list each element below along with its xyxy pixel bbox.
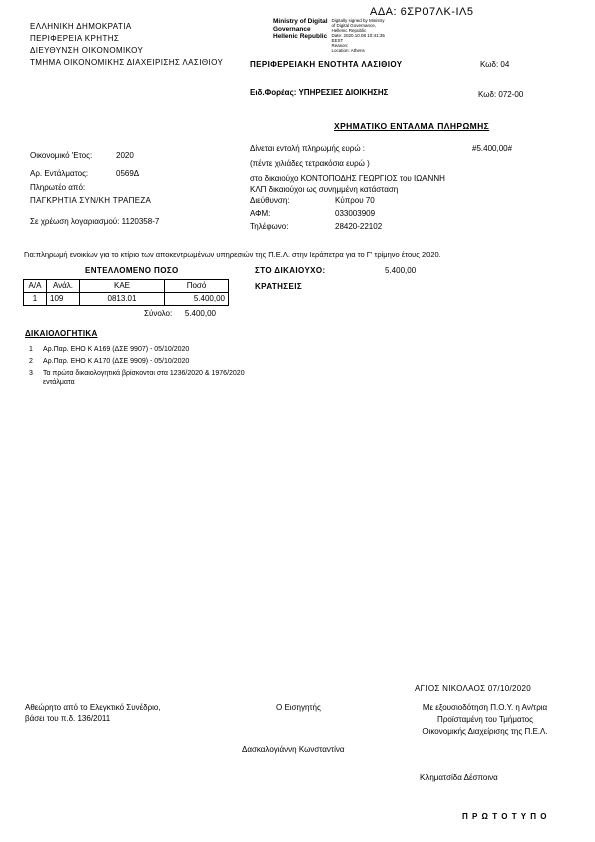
org-line-department: ΤΜΗΜΑ ΟΙΚΟΝΟΜΙΚΗΣ ΔΙΑΧΕΙΡΙΣΗΣ ΛΑΣΙΘΙΟΥ <box>30 57 223 69</box>
warrant-number-label: Αρ. Εντάλματος: <box>30 168 88 179</box>
ordered-amount-heading: ΕΝΤΕΛΛΟΜΕΝΟ ΠΟΣΟ <box>85 265 179 276</box>
digital-signature-stamp: Ministry of Digital Governance Hellenic … <box>273 18 385 53</box>
document-item: 3 Τα πρώτα δικαιολογητικά βρίσκονται στα… <box>29 369 263 387</box>
issuing-authority-block: ΕΛΛΗΝΙΚΗ ΔΗΜΟΚΡΑΤΙΑ ΠΕΡΙΦΕΡΕΙΑ ΚΡΗΤΗΣ ΔΙ… <box>30 21 223 69</box>
document-item-number: 1 <box>29 345 43 354</box>
payment-purpose: Για:πληρωμή ενοικίων για το κτίριο των α… <box>24 250 584 260</box>
kae-table: Α/Α Ανάλ. ΚΑΕ Ποσό 1 109 0813.01 5.400,0… <box>23 279 229 306</box>
document-item-text: Αρ.Παρ. ΕΗΟ Κ Α169 (ΔΣΕ 9907) - 05/10/20… <box>43 345 263 354</box>
authorization-line: Προϊσταμένη του Τμήματος <box>392 714 578 726</box>
document-item-text: Αρ.Παρ. ΕΗΟ Κ Α170 (ΔΣΕ 9909) - 05/10/20… <box>43 357 263 366</box>
stamp-ministry-line: Hellenic Republic <box>273 33 328 41</box>
authorization-line: Με εξουσιοδότηση Π.Ο.Υ. η Αν/τρια <box>392 702 578 714</box>
document-item: 1 Αρ.Παρ. ΕΗΟ Κ Α169 (ΔΣΕ 9907) - 05/10/… <box>29 345 263 354</box>
kae-table-container: Α/Α Ανάλ. ΚΑΕ Ποσό 1 109 0813.01 5.400,0… <box>23 279 229 306</box>
to-beneficiary-amount: 5.400,00 <box>385 265 416 276</box>
beneficiary-extra-line: ΚΛΠ δικαιούχοι ως συνημμένη κατάσταση <box>250 184 398 195</box>
stamp-signature-details: Digitally signed by Ministry of Digital … <box>332 18 385 53</box>
fiscal-year-value: 2020 <box>116 150 134 161</box>
kae-header-anal: Ανάλ. <box>47 280 80 293</box>
amount-in-words: (πέντε χιλιάδες τετρακόσια ευρώ ) <box>250 158 370 169</box>
documents-list: 1 Αρ.Παρ. ΕΗΟ Κ Α169 (ΔΣΕ 9907) - 05/10/… <box>29 345 263 387</box>
stamp-ministry-block: Ministry of Digital Governance Hellenic … <box>273 18 328 53</box>
amount-label: Δίνεται εντολή πληρωμής ευρώ : <box>250 143 365 154</box>
deductions-heading: ΚΡΑΤΗΣΕΙΣ <box>255 281 302 292</box>
agency-label: Ειδ.Φορέας: ΥΠΗΡΕΣΙΕΣ ΔΙΟΙΚΗΣΗΣ <box>250 87 388 98</box>
regional-unit-label: ΠΕΡΙΦΕΡΕΙΑΚΗ ΕΝΟΤΗΤΑ ΛΑΣΙΘΙΟΥ <box>250 59 403 70</box>
kae-cell-poso: 5.400,00 <box>165 293 229 306</box>
warrant-number-value: 0569Δ <box>116 168 139 179</box>
org-line-directorate: ΔΙΕΥΘΥΝΣΗ ΟΙΚΟΝΟΜΙΚΟΥ <box>30 45 223 57</box>
kae-table-header-row: Α/Α Ανάλ. ΚΑΕ Ποσό <box>24 280 229 293</box>
account-label: Σε χρέωση λογαριασμού: <box>30 217 119 226</box>
document-item-number: 3 <box>29 369 43 387</box>
org-line-republic: ΕΛΛΗΝΙΚΗ ΔΗΜΟΚΡΑΤΙΑ <box>30 21 223 33</box>
documents-heading: ΔΙΚΑΙΟΛΟΓΗΤΙΚΑ <box>25 329 98 338</box>
stamp-sig-line: Location: Athens <box>332 48 385 53</box>
kae-cell-anal: 109 <box>47 293 80 306</box>
phone-value: 28420-22102 <box>335 221 382 232</box>
total-label: Σύνολο: <box>144 308 172 319</box>
kae-cell-kae: 0813.01 <box>80 293 165 306</box>
document-title: ΧΡΗΜΑΤΙΚΟ ΕΝΤΑΛΜΑ ΠΛΗΡΩΜΗΣ <box>334 121 489 131</box>
agency-label-value: ΥΠΗΡΕΣΙΕΣ ΔΙΟΙΚΗΣΗΣ <box>298 88 388 97</box>
unaudited-note-line1: Αθεώρητο από το Ελεγκτικό Συνέδριο, <box>25 702 161 713</box>
stamp-ministry-line: Ministry of Digital <box>273 18 328 26</box>
bank-name: ΠΑΓΚΡΗΤΙΑ ΣΥΝ/ΚΗ ΤΡΑΠΕΖΑ <box>30 195 151 206</box>
afm-value: 033003909 <box>335 208 375 219</box>
original-stamp-label: Π Ρ Ω Τ Ο Τ Υ Π Ο <box>462 811 548 822</box>
document-item: 2 Αρ.Παρ. ΕΗΟ Κ Α170 (ΔΣΕ 9909) - 05/10/… <box>29 357 263 366</box>
kae-table-row: 1 109 0813.01 5.400,00 <box>24 293 229 306</box>
agency-label-key: Ειδ.Φορέας: <box>250 88 296 97</box>
rapporteur-name: Δασκαλογιάννη Κωνσταντίνα <box>242 744 345 755</box>
ada-number: ΑΔΑ: 6ΣΡ07ΛΚ-ΙΛ5 <box>370 6 474 18</box>
authorization-line: Οικονομικής Διαχείρισης της Π.Ε.Λ. <box>392 726 578 738</box>
stamp-ministry-line: Governance <box>273 26 328 34</box>
regional-unit-code: Κωδ: 04 <box>480 59 509 70</box>
authorization-block: Με εξουσιοδότηση Π.Ο.Υ. η Αν/τρια Προϊστ… <box>392 702 578 738</box>
place-and-date: ΑΓΙΟΣ ΝΙΚΟΛΑΟΣ 07/10/2020 <box>415 683 531 694</box>
kae-header-aa: Α/Α <box>24 280 47 293</box>
unaudited-note-line2: βάσει του π.δ. 136/2011 <box>25 713 110 724</box>
kae-header-poso: Ποσό <box>165 280 229 293</box>
document-item-text: Τα πρώτα δικαιολογητικά βρίσκονται στα 1… <box>43 369 253 387</box>
agency-code: Κωδ: 072-00 <box>478 89 523 100</box>
to-beneficiary-label: ΣΤΟ ΔΙΚΑΙΟΥΧΟ: <box>255 265 326 276</box>
beneficiary-line: στο δικαιούχο ΚΟΝΤΟΠΟΔΗΣ ΓΕΩΡΓΙΟΣ του ΙΩ… <box>250 173 445 184</box>
phone-label: Τηλέφωνο: <box>250 221 288 232</box>
address-label: Διεύθυνση: <box>250 195 290 206</box>
total-value: 5.400,00 <box>183 308 216 319</box>
account-value: 1120358-7 <box>122 217 160 226</box>
payable-by-label: Πληρωτέο από: <box>30 182 85 193</box>
address-value: Κύπρου 70 <box>335 195 375 206</box>
payment-order-document: ΑΔΑ: 6ΣΡ07ΛΚ-ΙΛ5 ΕΛΛΗΝΙΚΗ ΔΗΜΟΚΡΑΤΙΑ ΠΕΡ… <box>0 0 595 842</box>
afm-label: ΑΦΜ: <box>250 208 270 219</box>
org-line-region: ΠΕΡΙΦΕΡΕΙΑ ΚΡΗΤΗΣ <box>30 33 223 45</box>
document-item-number: 2 <box>29 357 43 366</box>
kae-cell-aa: 1 <box>24 293 47 306</box>
amount-value: #5.400,00# <box>472 143 512 154</box>
fiscal-year-label: Οικονομικό 'Ετος: <box>30 150 92 161</box>
kae-header-kae: ΚΑΕ <box>80 280 165 293</box>
account-line: Σε χρέωση λογαριασμού: 1120358-7 <box>30 216 159 227</box>
department-head-name: Κληματσίδα Δέσποινα <box>420 772 498 783</box>
rapporteur-title: Ο Εισηγητής <box>276 702 321 713</box>
